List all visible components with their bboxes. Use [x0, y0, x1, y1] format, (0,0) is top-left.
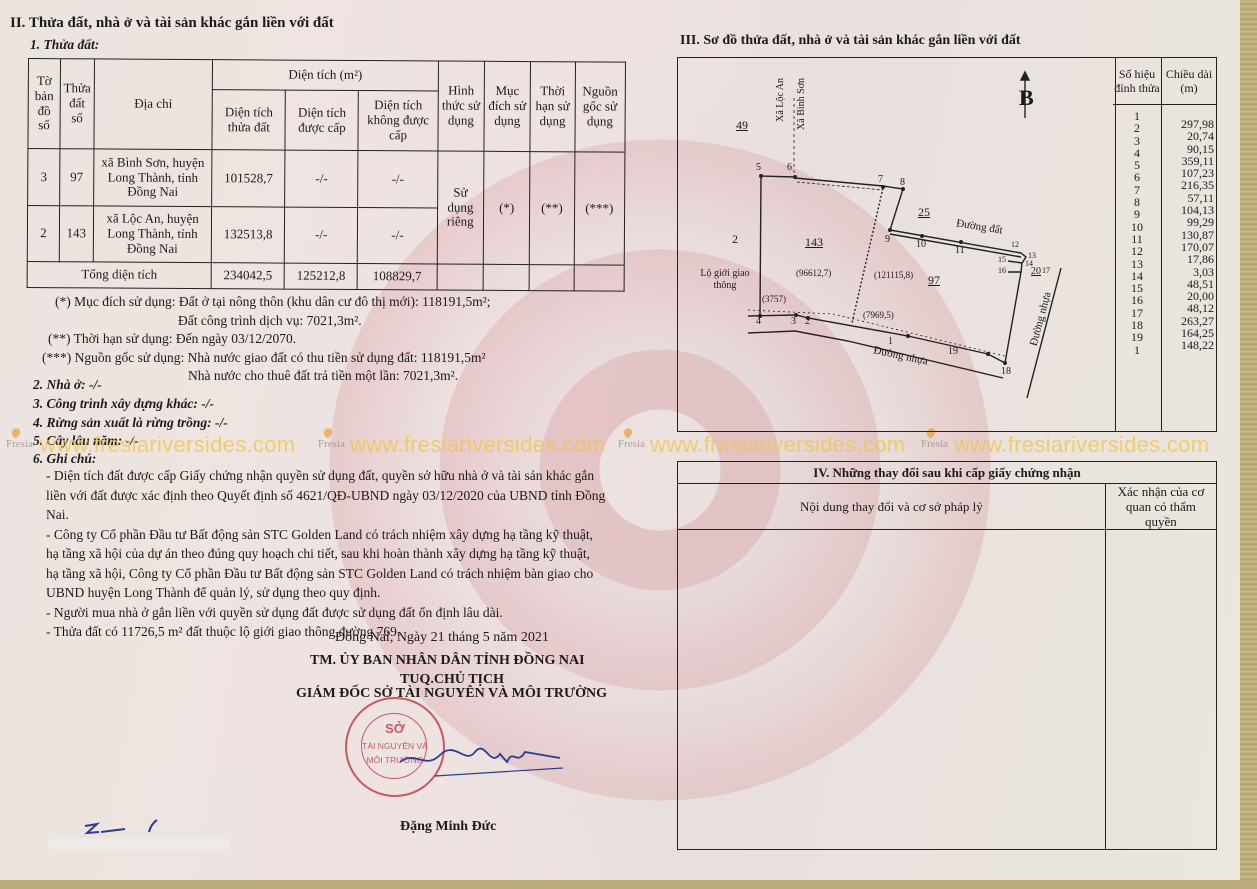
item-nha-o: 2. Nhà ở: -/- [33, 377, 102, 393]
cell [437, 264, 483, 290]
section-4-title: IV. Những thay đổi sau khi cấp giấy chứn… [678, 462, 1217, 484]
cell-muc-dich: (*) [483, 151, 530, 264]
parcel-label: 49 [736, 118, 748, 133]
cell-thoi-han: (**) [529, 152, 574, 265]
watermark-logo: Fresia [921, 438, 948, 450]
cell [529, 265, 573, 291]
edge-length: 17,86 [1162, 253, 1214, 265]
cell: 97 [60, 149, 94, 206]
note-nguon-goc: (***) Nguồn gốc sử dụng: Nhà nước giao đ… [42, 348, 486, 367]
vertex-18: 18 [1001, 366, 1011, 377]
section-3-title: III. Sơ đồ thửa đất, nhà ở và tài sản kh… [680, 33, 1021, 49]
parcel-diagram: B 49 Xã Lộc An Xã Bình Sơn 2 143 25 97 2… [677, 57, 1116, 432]
vertex-9: 9 [885, 234, 890, 245]
sign-date: Đồng Nai, Ngày 21 tháng 5 năm 2021 [335, 630, 549, 646]
authority-confirm-cell [1105, 530, 1216, 850]
boundary-label-loc-an: Xã Lộc An [775, 78, 786, 122]
change-content-cell [678, 530, 1106, 850]
vertex-number-list: 123456789101112131415161718191 [1113, 105, 1162, 431]
col-muc-dich: Mục đích sử dụng [484, 61, 531, 151]
vertex-5: 5 [756, 162, 761, 173]
note-nguon-goc-2: Nhà nước cho thuê đất trả tiền một lần: … [188, 366, 458, 385]
cell: 143 [59, 206, 93, 262]
section-2-title: II. Thửa đất, nhà ở và tài sản khác gắn … [10, 15, 334, 32]
cell: -/- [358, 208, 438, 264]
vertex-3: 3 [791, 316, 796, 327]
total-cell: 125212,8 [284, 263, 357, 289]
vertex-17: 17 [1042, 266, 1050, 275]
col-hinh-thuc: Hình thức sử dụng [438, 61, 485, 151]
stamp-top: SỞ [347, 721, 443, 736]
col-dt-thua-dat: Diện tích thửa đất [212, 90, 285, 150]
col-dt-duoc-cap: Diện tích được cấp [285, 90, 358, 150]
parcel-label: 25 [918, 205, 930, 220]
road-setback-label: Lộ giới giao thông [700, 268, 750, 292]
sign-line-1: TM. ỦY BAN NHÂN DÂN TỈNH ĐỒNG NAI [310, 651, 585, 671]
col-authority-confirm: Xác nhận của cơ quan có thẩm quyền [1105, 484, 1216, 530]
sign-line-3: GIÁM ĐỐC SỞ TÀI NGUYÊN VÀ MÔI TRƯỜNG [296, 684, 607, 704]
vertex-2: 2 [805, 316, 810, 327]
watermark-text: www.fresiariversides.com [350, 432, 605, 458]
frame-edge [1240, 0, 1257, 889]
col-nguon-goc: Nguồn gốc sử dụng [574, 62, 625, 152]
item-cong-trinh: 3. Công trình xây dựng khác: -/- [33, 396, 214, 412]
area-label: (121115,8) [874, 270, 913, 280]
redacted-field [48, 838, 230, 850]
area-label: (96612,7) [796, 268, 831, 278]
edge-length: 48,12 [1162, 302, 1214, 314]
cell [574, 265, 625, 291]
vertex-10: 10 [916, 239, 926, 250]
vertex-15: 15 [998, 255, 1006, 264]
handwritten-mark [45, 818, 165, 840]
signer-name: Đặng Minh Đức [400, 817, 496, 837]
vertex-1: 1 [888, 336, 893, 347]
parcel-label-143: 143 [805, 235, 823, 250]
area-label: (3757) [762, 294, 786, 304]
col-length: Chiều dài (m) [1162, 58, 1216, 104]
edge-length-table: Số hiệu đỉnh thửa Chiều dài (m) 12345678… [1113, 57, 1217, 432]
total-cell: 234042,5 [211, 263, 284, 289]
watermark-logo: Fresia [618, 438, 645, 450]
note-muc-dich: (*) Mục đích sử dụng: Đất ở tại nông thô… [55, 292, 491, 311]
cell: -/- [358, 151, 438, 208]
changes-table: IV. Những thay đổi sau khi cấp giấy chứn… [677, 461, 1217, 850]
cell: xã Lộc An, huyện Long Thành, tỉnh Đồng N… [93, 206, 212, 263]
vertex-number: 1 [1113, 344, 1161, 356]
total-cell: 108829,7 [357, 264, 436, 290]
table-total-row: Tổng diện tích 234042,5 125212,8 108829,… [27, 261, 624, 291]
vertex-19: 19 [948, 346, 958, 357]
cell: 2 [27, 206, 59, 262]
boundary-label-binh-son: Xã Bình Sơn [796, 78, 807, 130]
cell: 101528,7 [212, 150, 285, 207]
table-row: 3 97 xã Bình Sơn, huyện Long Thành, tỉnh… [28, 149, 625, 210]
frame-edge-bottom [0, 880, 1257, 889]
col-dia-chi: Địa chỉ [94, 59, 213, 150]
cell [483, 264, 529, 290]
area-label: (7969,5) [863, 310, 894, 320]
parcel-table: Tờ bản đồ số Thửa đất số Địa chỉ Diện tí… [27, 58, 626, 292]
vertex-12: 12 [1011, 240, 1019, 249]
cell: -/- [285, 150, 358, 207]
cell: 3 [28, 149, 60, 206]
cell: xã Bình Sơn, huyện Long Thành, tỉnh Đồng… [93, 149, 212, 207]
watermark-text: www.fresiariversides.com [954, 432, 1209, 458]
edge-length: 148,22 [1162, 339, 1214, 351]
parcel-subtitle: 1. Thửa đất: [30, 37, 99, 53]
vertex-number: 19 [1113, 331, 1161, 343]
vertex-6: 6 [787, 162, 792, 173]
edge-length: 20,74 [1162, 130, 1214, 142]
col-dien-tich: Diện tích (m²) [213, 60, 439, 91]
vertex-14: 14 [1025, 259, 1033, 268]
signature-scribble [395, 740, 565, 780]
vertex-7: 7 [878, 174, 883, 185]
parcel-label: 2 [732, 232, 738, 247]
cell: -/- [285, 207, 358, 263]
note-thoi-han: (**) Thời hạn sử dụng: Đến ngày 03/12/20… [48, 329, 296, 348]
edge-length: 3,03 [1162, 266, 1214, 278]
col-to-ban-do: Tờ bản đồ số [28, 59, 60, 149]
ghi-chu-line: - Người mua nhà ở gắn liền với quyền sử … [46, 603, 606, 623]
item-rung: 4. Rừng sản xuất là rừng trồng: -/- [33, 415, 228, 431]
ghi-chu-content: - Diện tích đất được cấp Giấy chứng nhận… [46, 466, 606, 642]
col-thua-dat: Thửa đất số [60, 59, 95, 149]
watermark-text: www.fresiariversides.com [650, 432, 905, 458]
col-change-content: Nội dung thay đổi và cơ sở pháp lý [678, 484, 1106, 530]
watermark-text: www.fresiariversides.com [40, 432, 295, 458]
col-thoi-han: Thời hạn sử dụng [530, 62, 575, 152]
vertex-8: 8 [900, 177, 905, 188]
cell-hinh-thuc: Sử dụng riêng [437, 151, 484, 264]
vertex-number: 13 [1113, 258, 1161, 270]
vertex-number: 6 [1113, 171, 1161, 183]
cell: 132513,8 [211, 207, 284, 263]
parcel-label-97: 97 [928, 273, 940, 288]
note-muc-dich-2: Đất công trình dịch vụ: 7021,3m². [178, 311, 362, 330]
edge-length: 216,35 [1162, 179, 1214, 191]
vertex-4: 4 [756, 316, 761, 327]
ghi-chu-line: - Diện tích đất được cấp Giấy chứng nhận… [46, 466, 606, 525]
watermark-logo: Fresia [318, 438, 345, 450]
vertex-16: 16 [998, 266, 1006, 275]
parcel-map [678, 58, 1115, 431]
col-vertex-no: Số hiệu đỉnh thửa [1113, 58, 1162, 104]
cell-nguon-goc: (***) [574, 152, 625, 265]
vertex-number: 2 [1113, 122, 1161, 134]
vertex-number: 12 [1113, 245, 1161, 257]
total-label: Tổng diện tích [27, 261, 211, 288]
vertex-number: 9 [1113, 208, 1161, 220]
length-list: 297,9820,7490,15359,11107,23216,3557,111… [1162, 105, 1214, 431]
watermark-logo: Fresia [6, 438, 33, 450]
vertex-11: 11 [955, 245, 965, 256]
ghi-chu-line: - Công ty Cổ phần Đầu tư Bất động sản ST… [46, 525, 606, 603]
col-dt-khong-duoc-cap: Diện tích không được cấp [358, 91, 438, 151]
edge-length: 99,29 [1162, 216, 1214, 228]
north-arrow-icon: B [1019, 85, 1034, 111]
vertex-number: 16 [1113, 294, 1161, 306]
